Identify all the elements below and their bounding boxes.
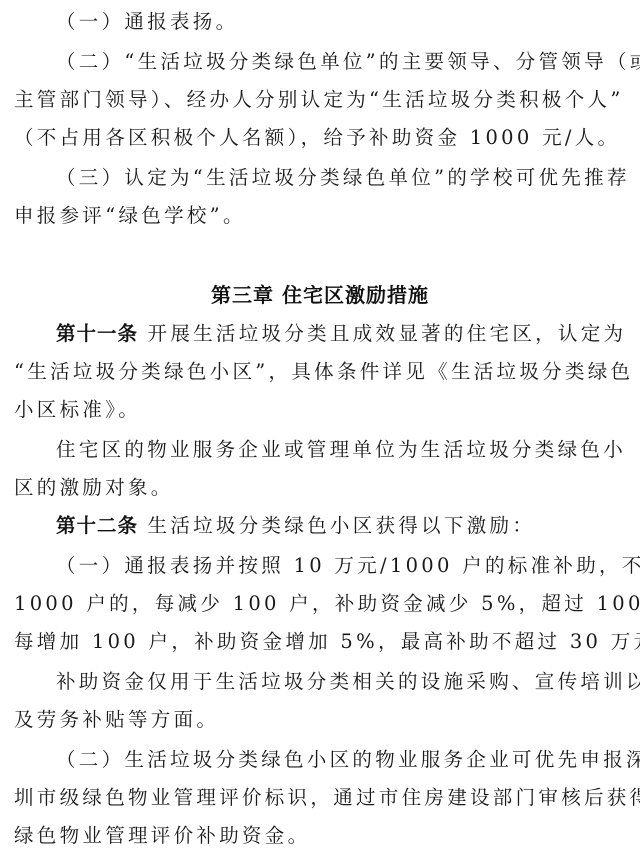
- chapter-heading: 第三章 住宅区激励措施: [0, 283, 640, 307]
- paragraph-line: 及劳务补贴等方面。: [14, 708, 626, 732]
- paragraph-line: “生活垃圾分类绿色小区”，具体条件详见《生活垃圾分类绿色: [14, 360, 626, 384]
- paragraph-line: （二）“生活垃圾分类绿色单位”的主要领导、分管领导（或: [56, 50, 626, 74]
- paragraph-line: 1000 户的，每减少 100 户，补助资金减少 5%，超过 1000 户的，: [14, 592, 626, 616]
- article-label: 第十一条: [56, 322, 138, 345]
- paragraph-line: （一）通报表扬。: [56, 10, 626, 34]
- paragraph-line: （一）通报表扬并按照 10 万元/1000 户的标准补助，不足: [56, 554, 626, 578]
- paragraph-line: （不占用各区积极个人名额），给予补助资金 1000 元/人。: [14, 126, 626, 150]
- document-page: （一）通报表扬。 （二）“生活垃圾分类绿色单位”的主要领导、分管领导（或 主管部…: [0, 0, 640, 858]
- paragraph-line: 每增加 100 户，补助资金增加 5%，最高补助不超过 30 万元。: [14, 630, 626, 654]
- paragraph-line: （二）生活垃圾分类绿色小区的物业服务企业可优先申报深: [56, 748, 626, 772]
- paragraph-line: 圳市级绿色物业管理评价标识，通过市住房建设部门审核后获得: [14, 786, 626, 810]
- paragraph-line: 住宅区的物业服务企业或管理单位为生活垃圾分类绿色小: [56, 438, 626, 462]
- paragraph-line: （三）认定为“生活垃圾分类绿色单位”的学校可优先推荐: [56, 166, 626, 190]
- paragraph-line: 小区标准》。: [14, 398, 626, 422]
- article-12-first-line: 第十二条 生活垃圾分类绿色小区获得以下激励：: [56, 514, 626, 538]
- paragraph-line: 绿色物业管理评价补助资金。: [14, 824, 626, 848]
- paragraph-line: 区的激励对象。: [14, 476, 626, 500]
- paragraph-line: 主管部门领导）、经办人分别认定为“生活垃圾分类积极个人”: [14, 88, 626, 112]
- paragraph-line: 申报参评“绿色学校”。: [14, 204, 626, 228]
- article-text: 生活垃圾分类绿色小区获得以下激励：: [138, 514, 535, 537]
- article-text: 开展生活垃圾分类且成效显著的住宅区，认定为: [138, 322, 626, 345]
- article-11-first-line: 第十一条 开展生活垃圾分类且成效显著的住宅区，认定为: [56, 322, 626, 346]
- article-label: 第十二条: [56, 514, 138, 537]
- paragraph-line: 补助资金仅用于生活垃圾分类相关的设施采购、宣传培训以: [56, 670, 626, 694]
